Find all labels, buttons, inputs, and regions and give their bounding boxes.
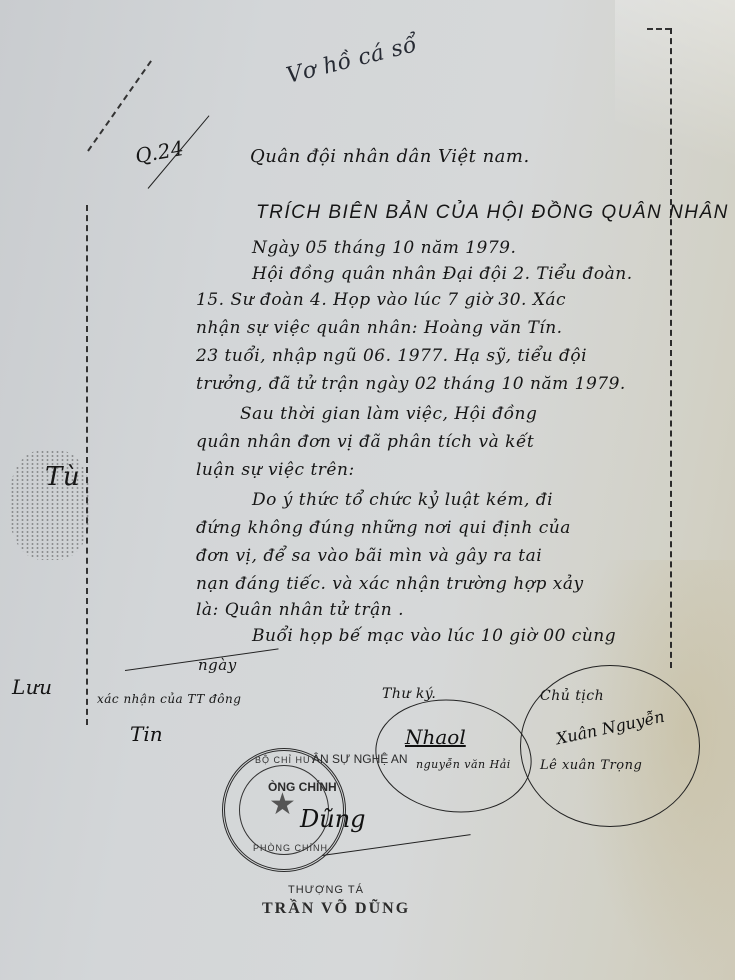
secretary-signature: Nhaol (405, 725, 466, 749)
secretary-name: nguyễn văn Hải (416, 758, 511, 771)
body-line: Do ý thức tổ chức kỷ luật kém, đi (252, 490, 553, 510)
document-title: TRÍCH BIÊN BẢN CỦA HỘI ĐỒNG QUÂN NHÂN . (256, 202, 735, 224)
body-line: trưởng, đã tử trận ngày 02 tháng 10 năm … (196, 374, 626, 394)
confirmation-label: xác nhận của TT đông (97, 692, 241, 706)
officer-signature: Dũng (300, 805, 366, 833)
confirmation-signature: Tin (130, 722, 163, 746)
body-line: là: Quân nhân tử trận . (196, 600, 404, 620)
frame-corner-diagonal (87, 60, 152, 151)
body-line: Buổi họp bế mạc vào lúc 10 giờ 00 cùng (252, 626, 616, 646)
secretary-role: Thư ký. (382, 686, 436, 702)
document-photo: Vơ hồ cá sổ Q.24 Quân đội nhân dân Việt … (0, 0, 735, 980)
frame-border-top (647, 28, 671, 30)
body-line: quân nhân đơn vị đã phân tích và kết (196, 432, 534, 452)
signature-tail-stroke (322, 834, 471, 856)
frame-border-right (670, 28, 672, 668)
margin-note-left: Tù (45, 462, 80, 492)
body-line: Sau thời gian làm việc, Hội đồng (240, 404, 537, 424)
body-line: luận sự việc trên: (196, 460, 355, 480)
seal-ring-text-top: BỘ CHỈ HUY (255, 755, 318, 765)
frame-border-left (86, 205, 88, 725)
margin-note-top: Vơ hồ cá sổ (284, 32, 420, 89)
body-line: đơn vị, để sa vào bãi mìn và gây ra tai (196, 546, 542, 566)
body-line: Hội đồng quân nhân Đại đội 2. Tiểu đoàn. (252, 264, 633, 284)
officer-name: TRẦN VÕ DŨNG (262, 900, 410, 918)
header-unit: Quân đội nhân dân Việt nam. (250, 146, 530, 167)
officer-rank: THƯỢNG TÁ (288, 884, 364, 896)
seal-ring-text-bottom: PHÒNG CHÍNH (253, 843, 328, 853)
body-line: 23 tuổi, nhập ngũ 06. 1977. Hạ sỹ, tiểu … (196, 346, 587, 366)
body-line: nạn đáng tiếc. và xác nhận trường hợp xả… (196, 574, 584, 594)
chairman-role: Chủ tịch (540, 688, 604, 704)
margin-note-luu: Lưu (12, 675, 53, 699)
chairman-name: Lê xuân Trọng (540, 758, 642, 773)
body-line: nhận sự việc quân nhân: Hoàng văn Tín. (196, 318, 563, 338)
body-line: đứng không đúng những nơi qui định của (196, 518, 571, 538)
star-emblem-icon: ★ (269, 787, 296, 822)
date-line: Ngày 05 tháng 10 năm 1979. (252, 238, 516, 258)
body-line: 15. Sư đoàn 4. Họp vào lúc 7 giờ 30. Xác (196, 290, 566, 310)
